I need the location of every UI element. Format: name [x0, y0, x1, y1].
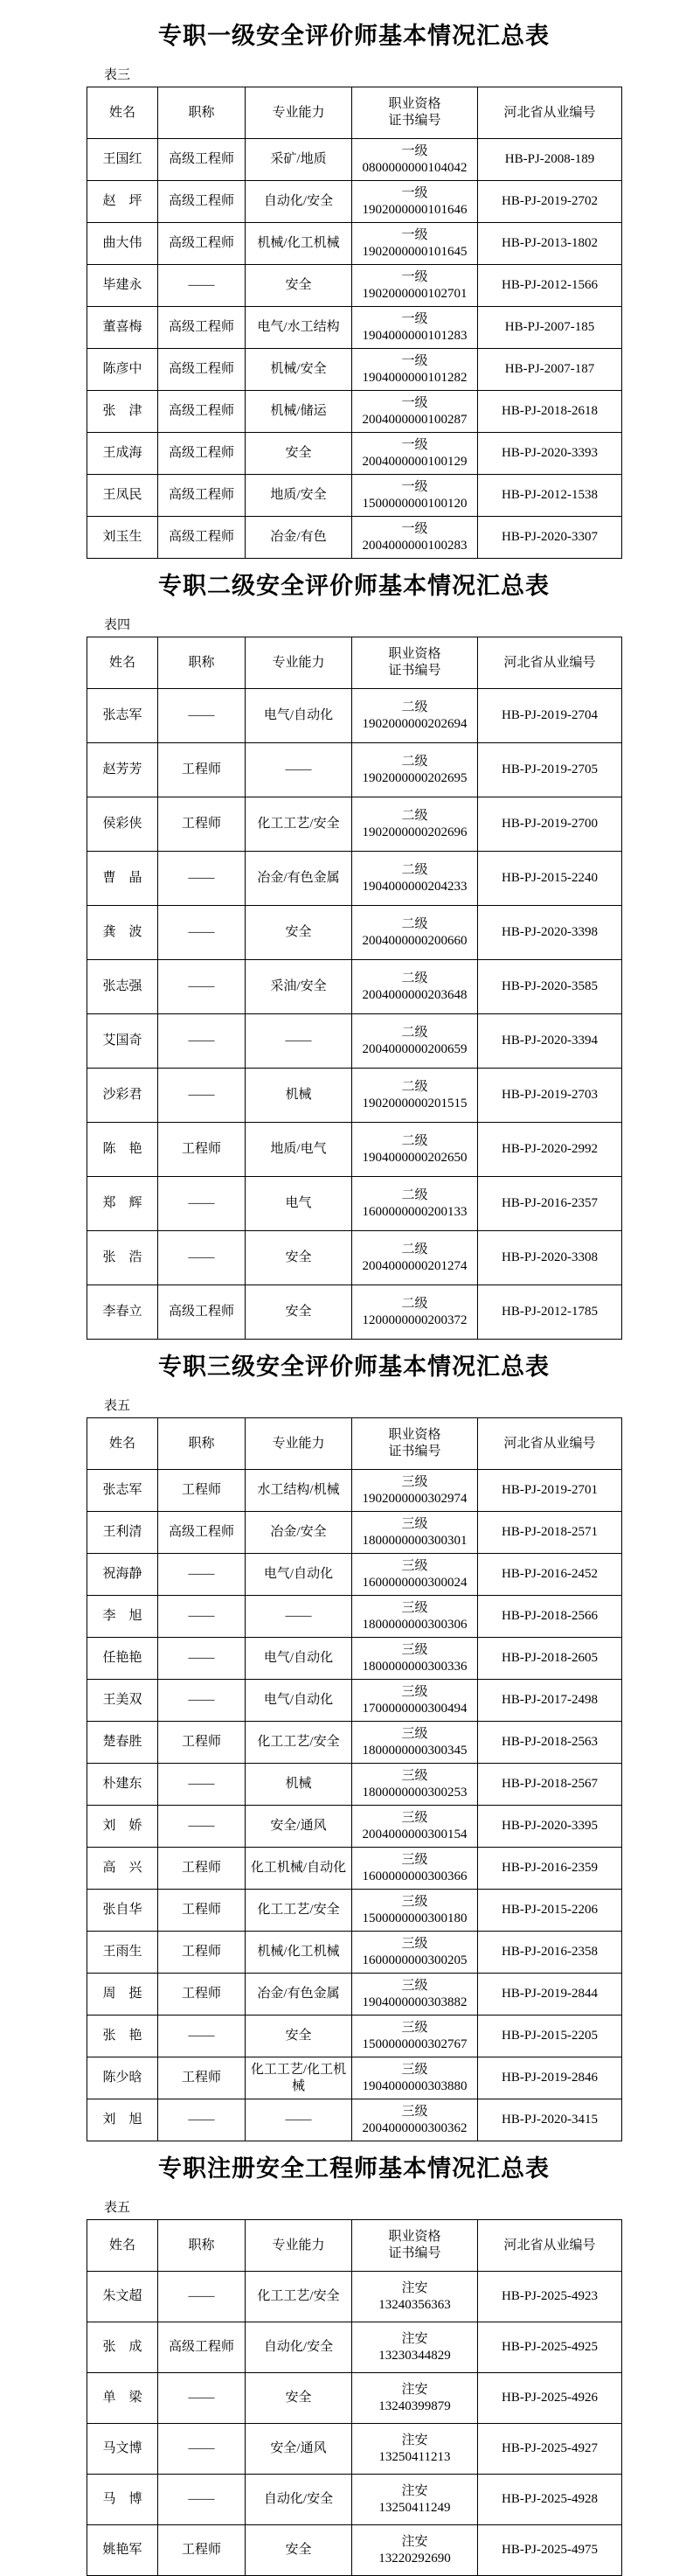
cert-number: 1904000000101282 — [355, 370, 475, 386]
table-row: 王雨生工程师机械/化工机械三级1600000000300205HB-PJ-201… — [87, 1932, 622, 1974]
col-header-title: 职称 — [158, 637, 246, 689]
table-row: 李 旭————三级1800000000300306HB-PJ-2018-2566 — [87, 1596, 622, 1638]
ability-cell: 机械/化工机械 — [246, 223, 352, 265]
cert-number: 1902000000302974 — [355, 1491, 475, 1507]
ability-cell: 冶金/有色金属 — [246, 1974, 352, 2016]
cert-level: 一级 — [355, 227, 475, 244]
ability-cell: 安全 — [246, 906, 352, 960]
ability-cell: 冶金/安全 — [246, 1512, 352, 1554]
ability-cell: 自动化/安全 — [246, 2322, 352, 2373]
cert-header-line2: 证书编号 — [355, 2245, 475, 2262]
job-title-cell: 高级工程师 — [158, 1285, 246, 1340]
table-row: 刘玉生高级工程师冶金/有色一级2004000000100283HB-PJ-202… — [87, 517, 622, 559]
cert-cell: 三级1500000000300180 — [352, 1890, 478, 1932]
job-title-cell: —— — [158, 2016, 246, 2057]
ability-cell: 安全 — [246, 2373, 352, 2424]
name-cell: 马 博 — [87, 2475, 158, 2525]
job-title-cell: —— — [158, 906, 246, 960]
cert-cell: 一级1904000000101282 — [352, 349, 478, 391]
cert-level: 一级 — [355, 269, 475, 286]
col-header-name: 姓名 — [87, 2220, 158, 2272]
cert-cell: 三级1800000000300336 — [352, 1638, 478, 1680]
cert-number: 1600000000300366 — [355, 1869, 475, 1885]
hebei-no-cell: HB-PJ-2015-2206 — [478, 1890, 622, 1932]
cert-number: 1600000000300024 — [355, 1575, 475, 1591]
cert-cell: 二级1902000000202694 — [352, 689, 478, 743]
cert-level: 三级 — [355, 1516, 475, 1533]
cert-number: 1700000000300494 — [355, 1701, 475, 1717]
job-title-cell: 高级工程师 — [158, 433, 246, 475]
ability-cell: 化工工艺/化工机械 — [246, 2057, 352, 2099]
col-header-cert: 职业资格证书编号 — [352, 637, 478, 689]
table-row: 周 挺工程师冶金/有色金属三级1904000000303882HB-PJ-201… — [87, 1974, 622, 2016]
table-row: 曲大伟高级工程师机械/化工机械一级1902000000101645HB-PJ-2… — [87, 223, 622, 265]
cert-cell: 一级1902000000101645 — [352, 223, 478, 265]
cert-cell: 二级2004000000200659 — [352, 1014, 478, 1069]
ability-cell: 化工工艺/安全 — [246, 1890, 352, 1932]
job-title-cell: 高级工程师 — [158, 349, 246, 391]
cert-level: 二级 — [355, 700, 475, 716]
hebei-no-cell: HB-PJ-2025-4923 — [478, 2272, 622, 2322]
table-row: 姚艳军工程师安全注安13220292690HB-PJ-2025-4975 — [87, 2525, 622, 2576]
col-header-cert: 职业资格证书编号 — [352, 1418, 478, 1470]
cert-level: 三级 — [355, 1978, 475, 1995]
cert-cell: 三级1800000000300306 — [352, 1596, 478, 1638]
cert-number: 1902000000202694 — [355, 716, 475, 733]
name-cell: 王美双 — [87, 1680, 158, 1722]
hebei-no-cell: HB-PJ-2019-2703 — [478, 1069, 622, 1123]
name-cell: 单 梁 — [87, 2373, 158, 2424]
hebei-no-cell: HB-PJ-2020-3393 — [478, 433, 622, 475]
job-title-cell: —— — [158, 1596, 246, 1638]
cert-cell: 二级2004000000200660 — [352, 906, 478, 960]
ability-cell: 自动化/安全 — [246, 2475, 352, 2525]
cert-number: 13250411213 — [355, 2449, 475, 2466]
ability-cell: 安全 — [246, 2525, 352, 2576]
cert-number: 1800000000300253 — [355, 1785, 475, 1801]
job-title-cell: 高级工程师 — [158, 223, 246, 265]
cert-cell: 注安13250411249 — [352, 2475, 478, 2525]
cert-cell: 注安13240356363 — [352, 2272, 478, 2322]
hebei-no-cell: HB-PJ-2019-2700 — [478, 797, 622, 852]
name-cell: 陈彦中 — [87, 349, 158, 391]
name-cell: 李春立 — [87, 1285, 158, 1340]
header-row: 姓名职称专业能力职业资格证书编号河北省从业编号 — [87, 87, 622, 139]
cert-level: 二级 — [355, 1296, 475, 1312]
cert-level: 三级 — [355, 1768, 475, 1785]
cert-level: 二级 — [355, 1187, 475, 1204]
hebei-no-cell: HB-PJ-2019-2705 — [478, 743, 622, 797]
name-cell: 曲大伟 — [87, 223, 158, 265]
ability-cell: 地质/电气 — [246, 1123, 352, 1177]
job-title-cell: 工程师 — [158, 1890, 246, 1932]
job-title-cell: 高级工程师 — [158, 139, 246, 181]
cert-cell: 二级2004000000203648 — [352, 960, 478, 1014]
cert-number: 1904000000303880 — [355, 2078, 475, 2095]
job-title-cell: 工程师 — [158, 797, 246, 852]
hebei-no-cell: HB-PJ-2020-3307 — [478, 517, 622, 559]
job-title-cell: —— — [158, 1231, 246, 1285]
job-title-cell: —— — [158, 1764, 246, 1806]
cert-cell: 三级2004000000300362 — [352, 2099, 478, 2141]
hebei-no-cell: HB-PJ-2008-189 — [478, 139, 622, 181]
name-cell: 刘玉生 — [87, 517, 158, 559]
job-title-cell: —— — [158, 960, 246, 1014]
table-row: 沙彩君——机械二级1902000000201515HB-PJ-2019-2703 — [87, 1069, 622, 1123]
ability-cell: 电气/自动化 — [246, 1554, 352, 1596]
job-title-cell: —— — [158, 689, 246, 743]
table-row: 楚春胜工程师化工工艺/安全三级1800000000300345HB-PJ-201… — [87, 1722, 622, 1764]
hebei-no-cell: HB-PJ-2025-4927 — [478, 2424, 622, 2475]
cert-cell: 注安13220292690 — [352, 2525, 478, 2576]
cert-cell: 一级0800000000104042 — [352, 139, 478, 181]
ability-cell: 安全 — [246, 265, 352, 307]
cert-number: 13240399879 — [355, 2398, 475, 2415]
name-cell: 王成海 — [87, 433, 158, 475]
table-row: 龚 波——安全二级2004000000200660HB-PJ-2020-3398 — [87, 906, 622, 960]
table-row: 王凤民高级工程师地质/安全一级1500000000100120HB-PJ-201… — [87, 475, 622, 517]
cert-number: 2004000000300362 — [355, 2120, 475, 2137]
cert-header-line1: 职业资格 — [355, 2229, 475, 2245]
hebei-no-cell: HB-PJ-2012-1538 — [478, 475, 622, 517]
hebei-no-cell: HB-PJ-2020-3415 — [478, 2099, 622, 2141]
cert-number: 13240356363 — [355, 2297, 475, 2314]
ability-cell: 安全 — [246, 2016, 352, 2057]
cert-cell: 二级2004000000201274 — [352, 1231, 478, 1285]
cert-cell: 二级1200000000200372 — [352, 1285, 478, 1340]
table-label: 表五 — [87, 1397, 621, 1416]
ability-cell: 冶金/有色 — [246, 517, 352, 559]
cert-header-line1: 职业资格 — [355, 1427, 475, 1444]
cert-number: 13220292690 — [355, 2551, 475, 2567]
job-title-cell: 工程师 — [158, 1722, 246, 1764]
name-cell: 毕建永 — [87, 265, 158, 307]
hebei-no-cell: HB-PJ-2019-2844 — [478, 1974, 622, 2016]
hebei-no-cell: HB-PJ-2020-3398 — [478, 906, 622, 960]
name-cell: 董喜梅 — [87, 307, 158, 349]
table-row: 高 兴工程师化工机械/自动化三级1600000000300366HB-PJ-20… — [87, 1848, 622, 1890]
cert-cell: 三级1902000000302974 — [352, 1470, 478, 1512]
ability-cell: 化工机械/自动化 — [246, 1848, 352, 1890]
name-cell: 曹 晶 — [87, 852, 158, 906]
cert-number: 1902000000201515 — [355, 1096, 475, 1112]
hebei-no-cell: HB-PJ-2016-2358 — [478, 1932, 622, 1974]
cert-number: 1600000000200133 — [355, 1204, 475, 1221]
table-row: 赵 坪高级工程师自动化/安全一级1902000000101646HB-PJ-20… — [87, 181, 622, 223]
table-row: 李春立高级工程师安全二级1200000000200372HB-PJ-2012-1… — [87, 1285, 622, 1340]
name-cell: 王利清 — [87, 1512, 158, 1554]
cert-cell: 注安13230344829 — [352, 2322, 478, 2373]
name-cell: 张 艳 — [87, 2016, 158, 2057]
ability-cell: 电气/自动化 — [246, 1638, 352, 1680]
col-header-cert: 职业资格证书编号 — [352, 87, 478, 139]
ability-cell: —— — [246, 1014, 352, 1069]
ability-cell: 安全 — [246, 433, 352, 475]
cert-number: 1200000000200372 — [355, 1312, 475, 1329]
hebei-no-cell: HB-PJ-2019-2702 — [478, 181, 622, 223]
job-title-cell: —— — [158, 1014, 246, 1069]
ability-cell: 采油/安全 — [246, 960, 352, 1014]
job-title-cell: 工程师 — [158, 1470, 246, 1512]
ability-cell: 安全/通风 — [246, 2424, 352, 2475]
cert-cell: 注安13250411213 — [352, 2424, 478, 2475]
name-cell: 陈少晗 — [87, 2057, 158, 2099]
ability-cell: 电气 — [246, 1177, 352, 1231]
hebei-no-cell: HB-PJ-2012-1566 — [478, 265, 622, 307]
cert-level: 三级 — [355, 1684, 475, 1701]
table-row: 陈 艳工程师地质/电气二级1904000000202650HB-PJ-2020-… — [87, 1123, 622, 1177]
cert-level: 注安 — [355, 2534, 475, 2551]
hebei-no-cell: HB-PJ-2017-2498 — [478, 1680, 622, 1722]
cert-cell: 二级1902000000201515 — [352, 1069, 478, 1123]
cert-level: 二级 — [355, 1133, 475, 1150]
name-cell: 张志军 — [87, 1470, 158, 1512]
table-row: 祝海静——电气/自动化三级1600000000300024HB-PJ-2016-… — [87, 1554, 622, 1596]
name-cell: 张志军 — [87, 689, 158, 743]
table-row: 王美双——电气/自动化三级1700000000300494HB-PJ-2017-… — [87, 1680, 622, 1722]
col-header-hebei: 河北省从业编号 — [478, 1418, 622, 1470]
table-row: 郑 辉——电气二级1600000000200133HB-PJ-2016-2357 — [87, 1177, 622, 1231]
ability-cell: 电气/自动化 — [246, 1680, 352, 1722]
ability-cell: 化工工艺/安全 — [246, 2272, 352, 2322]
table-row: 朴建东——机械三级1800000000300253HB-PJ-2018-2567 — [87, 1764, 622, 1806]
cert-number: 1902000000202695 — [355, 770, 475, 787]
name-cell: 张 浩 — [87, 1231, 158, 1285]
cert-cell: 一级1500000000100120 — [352, 475, 478, 517]
hebei-no-cell: HB-PJ-2018-2618 — [478, 391, 622, 433]
cert-level: 一级 — [355, 437, 475, 454]
name-cell: 李 旭 — [87, 1596, 158, 1638]
cert-header-line1: 职业资格 — [355, 646, 475, 663]
table-row: 张 津高级工程师机械/储运一级2004000000100287HB-PJ-201… — [87, 391, 622, 433]
col-header-name: 姓名 — [87, 87, 158, 139]
cert-level: 二级 — [355, 971, 475, 987]
name-cell: 陈 艳 — [87, 1123, 158, 1177]
job-title-cell: 高级工程师 — [158, 2322, 246, 2373]
name-cell: 王雨生 — [87, 1932, 158, 1974]
name-cell: 刘 旭 — [87, 2099, 158, 2141]
cert-level: 三级 — [355, 1642, 475, 1659]
name-cell: 郑 辉 — [87, 1177, 158, 1231]
cert-number: 1902000000102701 — [355, 286, 475, 303]
cert-cell: 二级1904000000204233 — [352, 852, 478, 906]
job-title-cell: 高级工程师 — [158, 475, 246, 517]
table-row: 曹 晶——冶金/有色金属二级1904000000204233HB-PJ-2015… — [87, 852, 622, 906]
job-title-cell: —— — [158, 1554, 246, 1596]
cert-level: 三级 — [355, 1600, 475, 1617]
cert-number: 1800000000300306 — [355, 1617, 475, 1633]
hebei-no-cell: HB-PJ-2019-2704 — [478, 689, 622, 743]
cert-level: 二级 — [355, 1242, 475, 1258]
table-label: 表五 — [87, 2199, 621, 2217]
table-row: 艾国奇————二级2004000000200659HB-PJ-2020-3394 — [87, 1014, 622, 1069]
name-cell: 王凤民 — [87, 475, 158, 517]
name-cell: 赵芳芳 — [87, 743, 158, 797]
name-cell: 朱文超 — [87, 2272, 158, 2322]
cert-level: 注安 — [355, 2483, 475, 2500]
ability-cell: 机械 — [246, 1069, 352, 1123]
cert-cell: 三级1600000000300366 — [352, 1848, 478, 1890]
name-cell: 张 成 — [87, 2322, 158, 2373]
name-cell: 张 津 — [87, 391, 158, 433]
ability-cell: 水工结构/机械 — [246, 1470, 352, 1512]
job-title-cell: —— — [158, 2272, 246, 2322]
cert-cell: 二级1600000000200133 — [352, 1177, 478, 1231]
cert-cell: 二级1902000000202695 — [352, 743, 478, 797]
hebei-no-cell: HB-PJ-2018-2605 — [478, 1638, 622, 1680]
col-header-name: 姓名 — [87, 637, 158, 689]
cert-number: 1904000000204233 — [355, 879, 475, 895]
table-row: 陈彦中高级工程师机械/安全一级1904000000101282HB-PJ-200… — [87, 349, 622, 391]
cert-cell: 一级1902000000102701 — [352, 265, 478, 307]
table-row: 张 艳——安全三级1500000000302767HB-PJ-2015-2205 — [87, 2016, 622, 2057]
table-title: 专职二级安全评价师基本情况汇总表 — [87, 571, 621, 601]
cert-level: 注安 — [355, 2382, 475, 2398]
hebei-no-cell: HB-PJ-2025-4926 — [478, 2373, 622, 2424]
table-row: 王国红高级工程师采矿/地质一级0800000000104042HB-PJ-200… — [87, 139, 622, 181]
cert-cell: 一级1904000000101283 — [352, 307, 478, 349]
hebei-no-cell: HB-PJ-2018-2566 — [478, 1596, 622, 1638]
table-row: 侯彩侠工程师化工工艺/安全二级1902000000202696HB-PJ-201… — [87, 797, 622, 852]
hebei-no-cell: HB-PJ-2025-4928 — [478, 2475, 622, 2525]
job-title-cell: —— — [158, 2373, 246, 2424]
cert-level: 一级 — [355, 353, 475, 370]
job-title-cell: 工程师 — [158, 743, 246, 797]
cert-level: 一级 — [355, 143, 475, 160]
cert-level: 三级 — [355, 1726, 475, 1743]
hebei-no-cell: HB-PJ-2020-3395 — [478, 1806, 622, 1848]
table-row: 王成海高级工程师安全一级2004000000100129HB-PJ-2020-3… — [87, 433, 622, 475]
col-header-ability: 专业能力 — [246, 87, 352, 139]
table-row: 张志军——电气/自动化二级1902000000202694HB-PJ-2019-… — [87, 689, 622, 743]
col-header-hebei: 河北省从业编号 — [478, 2220, 622, 2272]
cert-number: 2004000000201274 — [355, 1258, 475, 1275]
table-section-2: 专职二级安全评价师基本情况汇总表表四姓名职称专业能力职业资格证书编号河北省从业编… — [87, 571, 621, 1340]
ability-cell: 自动化/安全 — [246, 181, 352, 223]
job-title-cell: 工程师 — [158, 1848, 246, 1890]
cert-number: 13230344829 — [355, 2348, 475, 2364]
cert-number: 1500000000100120 — [355, 496, 475, 512]
col-header-name: 姓名 — [87, 1418, 158, 1470]
ability-cell: 化工工艺/安全 — [246, 797, 352, 852]
cert-cell: 三级2004000000300154 — [352, 1806, 478, 1848]
table-row: 张志军工程师水工结构/机械三级1902000000302974HB-PJ-201… — [87, 1470, 622, 1512]
table-title: 专职注册安全工程师基本情况汇总表 — [87, 2154, 621, 2183]
cert-level: 三级 — [355, 2062, 475, 2078]
name-cell: 张自华 — [87, 1890, 158, 1932]
ability-cell: 电气/自动化 — [246, 689, 352, 743]
name-cell: 艾国奇 — [87, 1014, 158, 1069]
table-title: 专职一级安全评价师基本情况汇总表 — [87, 21, 621, 51]
col-header-title: 职称 — [158, 1418, 246, 1470]
table-row: 马文博——安全/通风注安13250411213HB-PJ-2025-4927 — [87, 2424, 622, 2475]
cert-header-line1: 职业资格 — [355, 96, 475, 113]
cert-level: 注安 — [355, 2280, 475, 2297]
summary-table-3: 姓名职称专业能力职业资格证书编号河北省从业编号张志军工程师水工结构/机械三级19… — [87, 1417, 622, 2141]
cert-number: 2004000000100287 — [355, 412, 475, 428]
job-title-cell: —— — [158, 1806, 246, 1848]
summary-table-4: 姓名职称专业能力职业资格证书编号河北省从业编号朱文超——化工工艺/安全注安132… — [87, 2219, 622, 2576]
name-cell: 任艳艳 — [87, 1638, 158, 1680]
table-title: 专职三级安全评价师基本情况汇总表 — [87, 1352, 621, 1382]
ability-cell: —— — [246, 2099, 352, 2141]
cert-header-line2: 证书编号 — [355, 113, 475, 129]
col-header-hebei: 河北省从业编号 — [478, 637, 622, 689]
cert-number: 2004000000300154 — [355, 1827, 475, 1843]
cert-number: 1902000000202696 — [355, 825, 475, 841]
table-row: 马 博——自动化/安全注安13250411249HB-PJ-2025-4928 — [87, 2475, 622, 2525]
summary-table-1: 姓名职称专业能力职业资格证书编号河北省从业编号王国红高级工程师采矿/地质一级08… — [87, 87, 622, 559]
cert-number: 1500000000302767 — [355, 2036, 475, 2053]
cert-number: 1902000000101645 — [355, 244, 475, 261]
cert-cell: 三级1600000000300024 — [352, 1554, 478, 1596]
job-title-cell: —— — [158, 852, 246, 906]
cert-level: 二级 — [355, 1025, 475, 1041]
table-row: 任艳艳——电气/自动化三级1800000000300336HB-PJ-2018-… — [87, 1638, 622, 1680]
hebei-no-cell: HB-PJ-2020-2992 — [478, 1123, 622, 1177]
cert-level: 一级 — [355, 185, 475, 202]
summary-document: 专职一级安全评价师基本情况汇总表表三姓名职称专业能力职业资格证书编号河北省从业编… — [0, 21, 693, 2576]
hebei-no-cell: HB-PJ-2018-2563 — [478, 1722, 622, 1764]
col-header-ability: 专业能力 — [246, 2220, 352, 2272]
cert-number: 2004000000200660 — [355, 933, 475, 950]
cert-number: 2004000000203648 — [355, 987, 475, 1004]
cert-level: 三级 — [355, 1936, 475, 1953]
ability-cell: 安全 — [246, 1285, 352, 1340]
job-title-cell: 工程师 — [158, 2057, 246, 2099]
job-title-cell: 高级工程师 — [158, 307, 246, 349]
table-row: 刘 旭————三级2004000000300362HB-PJ-2020-3415 — [87, 2099, 622, 2141]
hebei-no-cell: HB-PJ-2025-4975 — [478, 2525, 622, 2576]
hebei-no-cell: HB-PJ-2016-2357 — [478, 1177, 622, 1231]
name-cell: 王国红 — [87, 139, 158, 181]
cert-cell: 三级1800000000300345 — [352, 1722, 478, 1764]
cert-level: 二级 — [355, 862, 475, 879]
ability-cell: 电气/水工结构 — [246, 307, 352, 349]
table-row: 张自华工程师化工工艺/安全三级1500000000300180HB-PJ-201… — [87, 1890, 622, 1932]
name-cell: 侯彩侠 — [87, 797, 158, 852]
ability-cell: 化工工艺/安全 — [246, 1722, 352, 1764]
cert-level: 一级 — [355, 311, 475, 328]
name-cell: 赵 坪 — [87, 181, 158, 223]
job-title-cell: —— — [158, 2475, 246, 2525]
cert-header-line2: 证书编号 — [355, 1444, 475, 1460]
job-title-cell: 高级工程师 — [158, 1512, 246, 1554]
cert-level: 二级 — [355, 754, 475, 770]
ability-cell: 机械 — [246, 1764, 352, 1806]
table-row: 陈少晗工程师化工工艺/化工机械三级1904000000303880HB-PJ-2… — [87, 2057, 622, 2099]
cert-cell: 一级2004000000100283 — [352, 517, 478, 559]
ability-cell: 安全 — [246, 1231, 352, 1285]
job-title-cell: 高级工程师 — [158, 391, 246, 433]
job-title-cell: —— — [158, 1069, 246, 1123]
cert-number: 2004000000100129 — [355, 454, 475, 470]
table-section-4: 专职注册安全工程师基本情况汇总表表五姓名职称专业能力职业资格证书编号河北省从业编… — [87, 2154, 621, 2576]
table-section-1: 专职一级安全评价师基本情况汇总表表三姓名职称专业能力职业资格证书编号河北省从业编… — [87, 21, 621, 559]
table-row: 张 浩——安全二级2004000000201274HB-PJ-2020-3308 — [87, 1231, 622, 1285]
cert-number: 2004000000100283 — [355, 538, 475, 554]
job-title-cell: 工程师 — [158, 2525, 246, 2576]
name-cell: 沙彩君 — [87, 1069, 158, 1123]
name-cell: 朴建东 — [87, 1764, 158, 1806]
col-header-ability: 专业能力 — [246, 637, 352, 689]
name-cell: 张志强 — [87, 960, 158, 1014]
table-label: 表四 — [87, 616, 621, 635]
cert-number: 1904000000303882 — [355, 1995, 475, 2011]
cert-level: 三级 — [355, 2020, 475, 2036]
cert-header-line2: 证书编号 — [355, 663, 475, 679]
job-title-cell: —— — [158, 1680, 246, 1722]
